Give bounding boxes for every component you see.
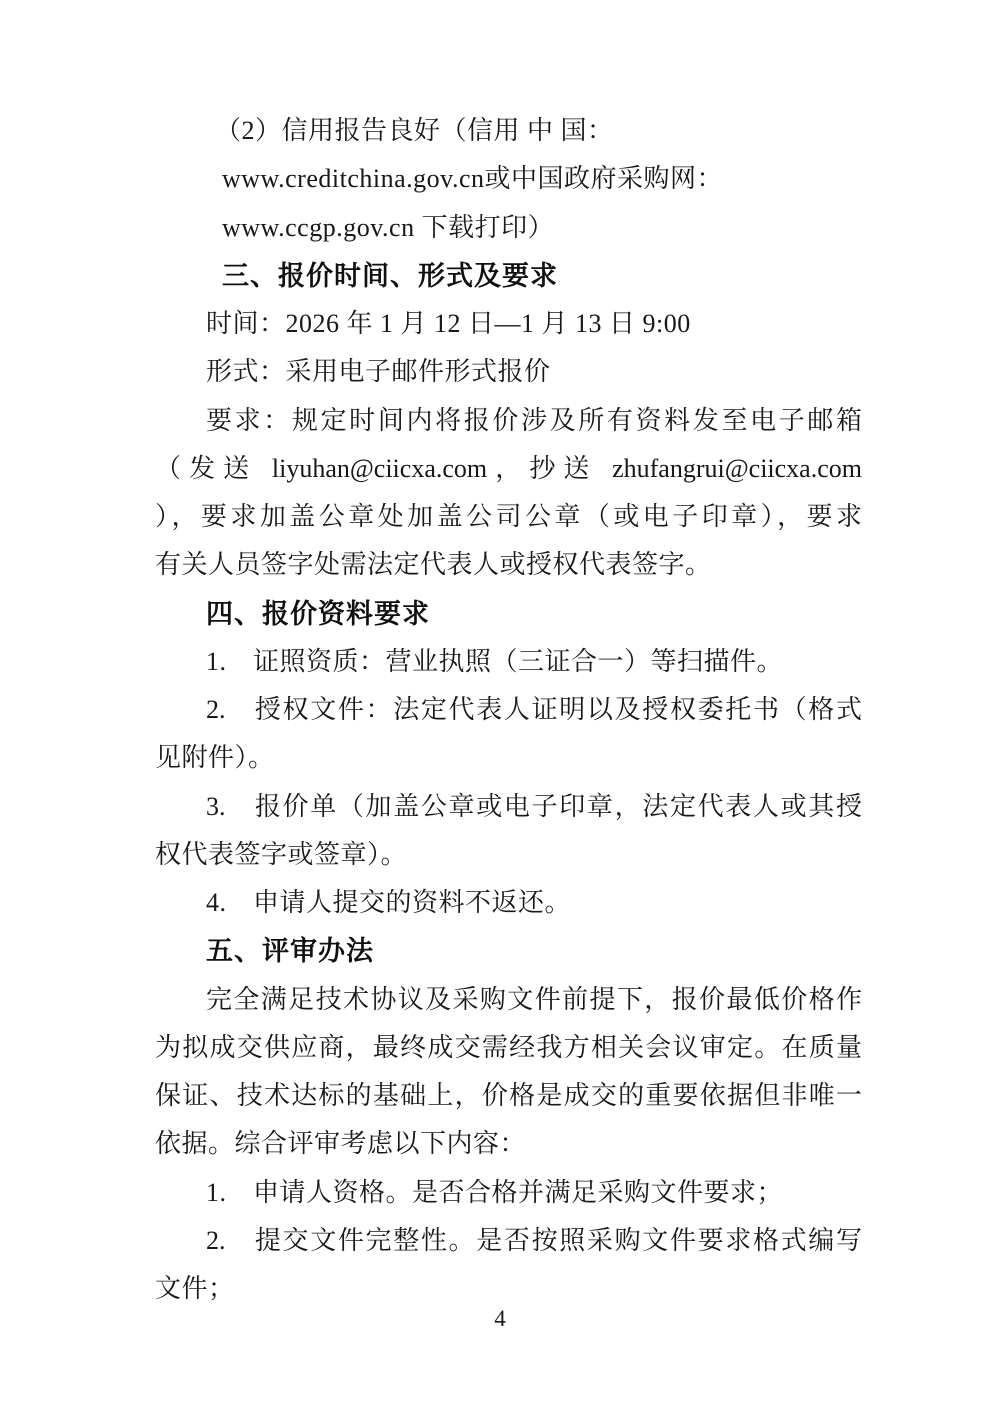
section-heading-5: 五、评审办法: [155, 927, 862, 975]
doc-line: 有关人员签字处需法定代表人或授权代表签字。: [155, 541, 862, 589]
doc-line: 完全满足技术协议及采购文件前提下，报价最低价格作: [155, 976, 862, 1024]
doc-line-requirement: 要求：规定时间内将报价涉及所有资料发至电子邮箱: [155, 397, 862, 445]
doc-line-time: 时间：2026 年 1 月 12 日—1 月 13 日 9:00: [155, 300, 862, 348]
doc-line: 保证、技术达标的基础上，价格是成交的重要依据但非唯一: [155, 1072, 862, 1120]
section-heading-3: 三、报价时间、形式及要求: [155, 252, 862, 300]
doc-line: 见附件）。: [155, 734, 862, 782]
doc-line: 依据。综合评审考虑以下内容：: [155, 1120, 862, 1168]
doc-line-form: 形式：采用电子邮件形式报价: [155, 348, 862, 396]
doc-line-emails: （发送 liyuhan@ciicxa.com，抄送 zhufangrui@cii…: [155, 445, 862, 493]
doc-list-item-3: 3. 报价单（加盖公章或电子印章，法定代表人或其授: [155, 783, 862, 831]
doc-line: （2）信用报告良好（信用 中 国：: [155, 107, 862, 155]
doc-list-item-1: 1. 证照资质：营业执照（三证合一）等扫描件。: [155, 638, 862, 686]
document-page: （2）信用报告良好（信用 中 国： www.creditchina.gov.cn…: [0, 0, 1000, 1414]
doc-line-url-creditchina: www.creditchina.gov.cn或中国政府采购网：: [155, 155, 862, 203]
doc-list-item-1: 1. 申请人资格。是否合格并满足采购文件要求；: [155, 1169, 862, 1217]
page-number: 4: [0, 1306, 1000, 1332]
doc-list-item-4: 4. 申请人提交的资料不返还。: [155, 879, 862, 927]
doc-line-url-ccgp: www.ccgp.gov.cn 下载打印）: [155, 204, 862, 252]
doc-line: ），要求加盖公章处加盖公司公章（或电子印章），要求: [155, 493, 862, 541]
section-heading-4: 四、报价资料要求: [155, 590, 862, 638]
doc-line: 为拟成交供应商，最终成交需经我方相关会议审定。在质量: [155, 1024, 862, 1072]
doc-list-item-2: 2. 提交文件完整性。是否按照采购文件要求格式编写: [155, 1217, 862, 1265]
doc-list-item-2: 2. 授权文件：法定代表人证明以及授权委托书（格式: [155, 686, 862, 734]
doc-line: 权代表签字或签章）。: [155, 831, 862, 879]
